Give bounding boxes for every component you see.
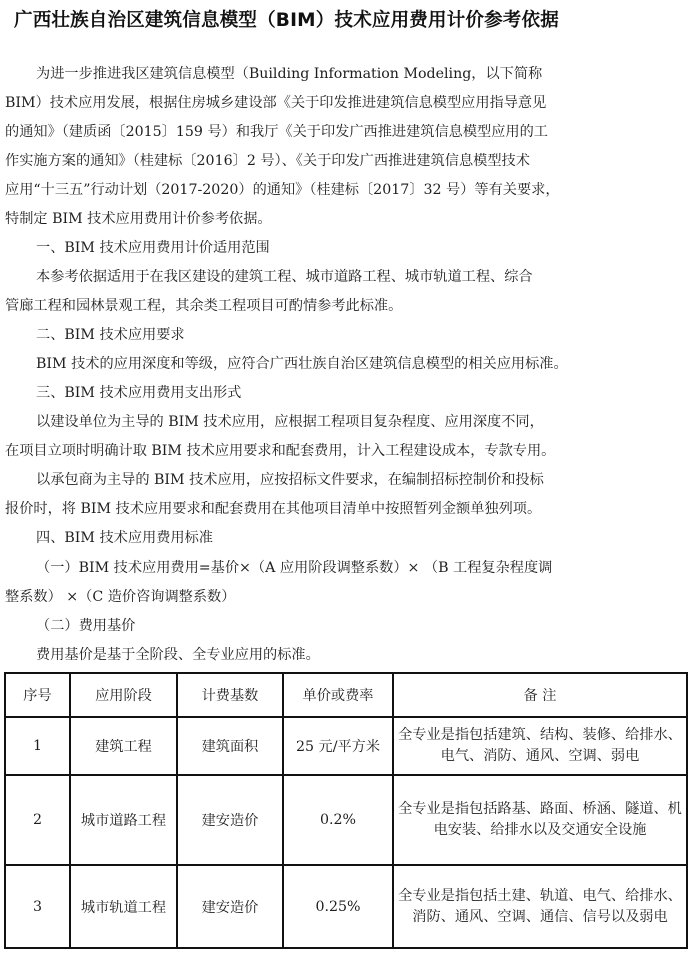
cell-index: 1 — [5, 717, 70, 775]
cell-rate: 0.2% — [283, 775, 393, 865]
table-row: 2 城市道路工程 建安造价 0.2% 全专业是指包括路基、路面、桥涵、隧道、机电… — [5, 775, 687, 865]
formula-line: （一）BIM 技术应用费用=基价×（A 应用阶段调整系数）× （B 工程复杂程度… — [36, 558, 552, 578]
header-base: 计费基数 — [177, 673, 283, 717]
cell-note: 全专业是指包括土建、轨道、电气、给排水、消防、通风、空调、通信、信号以及弱电 — [393, 865, 687, 948]
section-heading-fee-standard: 四、BIM 技术应用费用标准 — [36, 528, 213, 548]
section-heading-scope: 一、BIM 技术应用费用计价适用范围 — [36, 238, 270, 258]
paragraph-line: 费用基价是基于全阶段、全专业应用的标准。 — [36, 645, 320, 665]
paragraph-line: 管廊工程和园林景观工程，其余类工程项目可酌情参考此标准。 — [5, 296, 402, 316]
cell-note: 全专业是指包括路基、路面、桥涵、隧道、机电安装、给排水以及交通安全设施 — [393, 775, 687, 865]
header-note: 备 注 — [393, 673, 687, 717]
fee-base-table: 序号 应用阶段 计费基数 单价或费率 备 注 1 建筑工程 建筑面积 25 元/… — [4, 672, 688, 949]
paragraph-line: 作实施方案的通知》（桂建标〔2016〕2 号）、《关于印发广西推进建筑信息模型技… — [5, 151, 530, 171]
table-row: 1 建筑工程 建筑面积 25 元/平方米 全专业是指包括建筑、结构、装修、给排水… — [5, 717, 687, 775]
paragraph-line: 为进一步推进我区建筑信息模型（Building Information Mode… — [36, 64, 542, 84]
formula-line: 整系数） ×（C 造价咨询调整系数） — [5, 587, 235, 607]
paragraph-line: 本参考依据适用于在我区建设的建筑工程、城市道路工程、城市轨道工程、综合 — [36, 267, 533, 287]
subsection-heading-base-price: （二）费用基价 — [36, 616, 135, 636]
header-stage: 应用阶段 — [70, 673, 177, 717]
cell-stage: 城市道路工程 — [70, 775, 177, 865]
cell-index: 2 — [5, 775, 70, 865]
paragraph-line: 在项目立项时明确计取 BIM 技术应用要求和配套费用，计入工程建设成本，专款专用… — [5, 441, 555, 461]
header-rate: 单价或费率 — [283, 673, 393, 717]
paragraph-line: BIM）技术应用发展，根据住房城乡建设部《关于印发推进建筑信息模型应用指导意见 — [5, 93, 546, 113]
header-index: 序号 — [5, 673, 70, 717]
cell-base: 建安造价 — [177, 775, 283, 865]
cell-base: 建安造价 — [177, 865, 283, 948]
paragraph-line: 报价时，将 BIM 技术应用要求和配套费用在其他项目清单中按照暂列金额单独列项。 — [5, 499, 541, 519]
cell-index: 3 — [5, 865, 70, 948]
paragraph-line: 的通知》（建质函〔2015〕159 号）和我厅《关于印发广西推进建筑信息模型应用… — [5, 122, 548, 142]
section-heading-requirements: 二、BIM 技术应用要求 — [36, 325, 185, 345]
paragraph-line: 以建设单位为主导的 BIM 技术应用，应根据工程项目复杂程度、应用深度不同， — [36, 412, 544, 432]
cell-note: 全专业是指包括建筑、结构、装修、给排水、电气、消防、通风、空调、弱电 — [393, 717, 687, 775]
cell-stage: 城市轨道工程 — [70, 865, 177, 948]
cell-base: 建筑面积 — [177, 717, 283, 775]
section-heading-expense-form: 三、BIM 技术应用费用支出形式 — [36, 383, 241, 403]
cell-rate: 25 元/平方米 — [283, 717, 393, 775]
document-title: 广西壮族自治区建筑信息模型（BIM）技术应用费用计价参考依据 — [14, 6, 559, 32]
cell-rate: 0.25% — [283, 865, 393, 948]
table-row: 3 城市轨道工程 建安造价 0.25% 全专业是指包括土建、轨道、电气、给排水、… — [5, 865, 687, 948]
paragraph-line: 应用“十三五”行动计划（2017-2020）的通知》（桂建标〔2017〕32 号… — [5, 180, 560, 200]
cell-stage: 建筑工程 — [70, 717, 177, 775]
paragraph-line: BIM 技术的应用深度和等级，应符合广西壮族自治区建筑信息模型的相关应用标准。 — [36, 354, 568, 374]
paragraph-line: 以承包商为主导的 BIM 技术应用，应按招标文件要求，在编制招标控制价和投标 — [36, 470, 544, 490]
table-header-row: 序号 应用阶段 计费基数 单价或费率 备 注 — [5, 673, 687, 717]
paragraph-line: 特制定 BIM 技术应用费用计价参考依据。 — [5, 209, 272, 229]
